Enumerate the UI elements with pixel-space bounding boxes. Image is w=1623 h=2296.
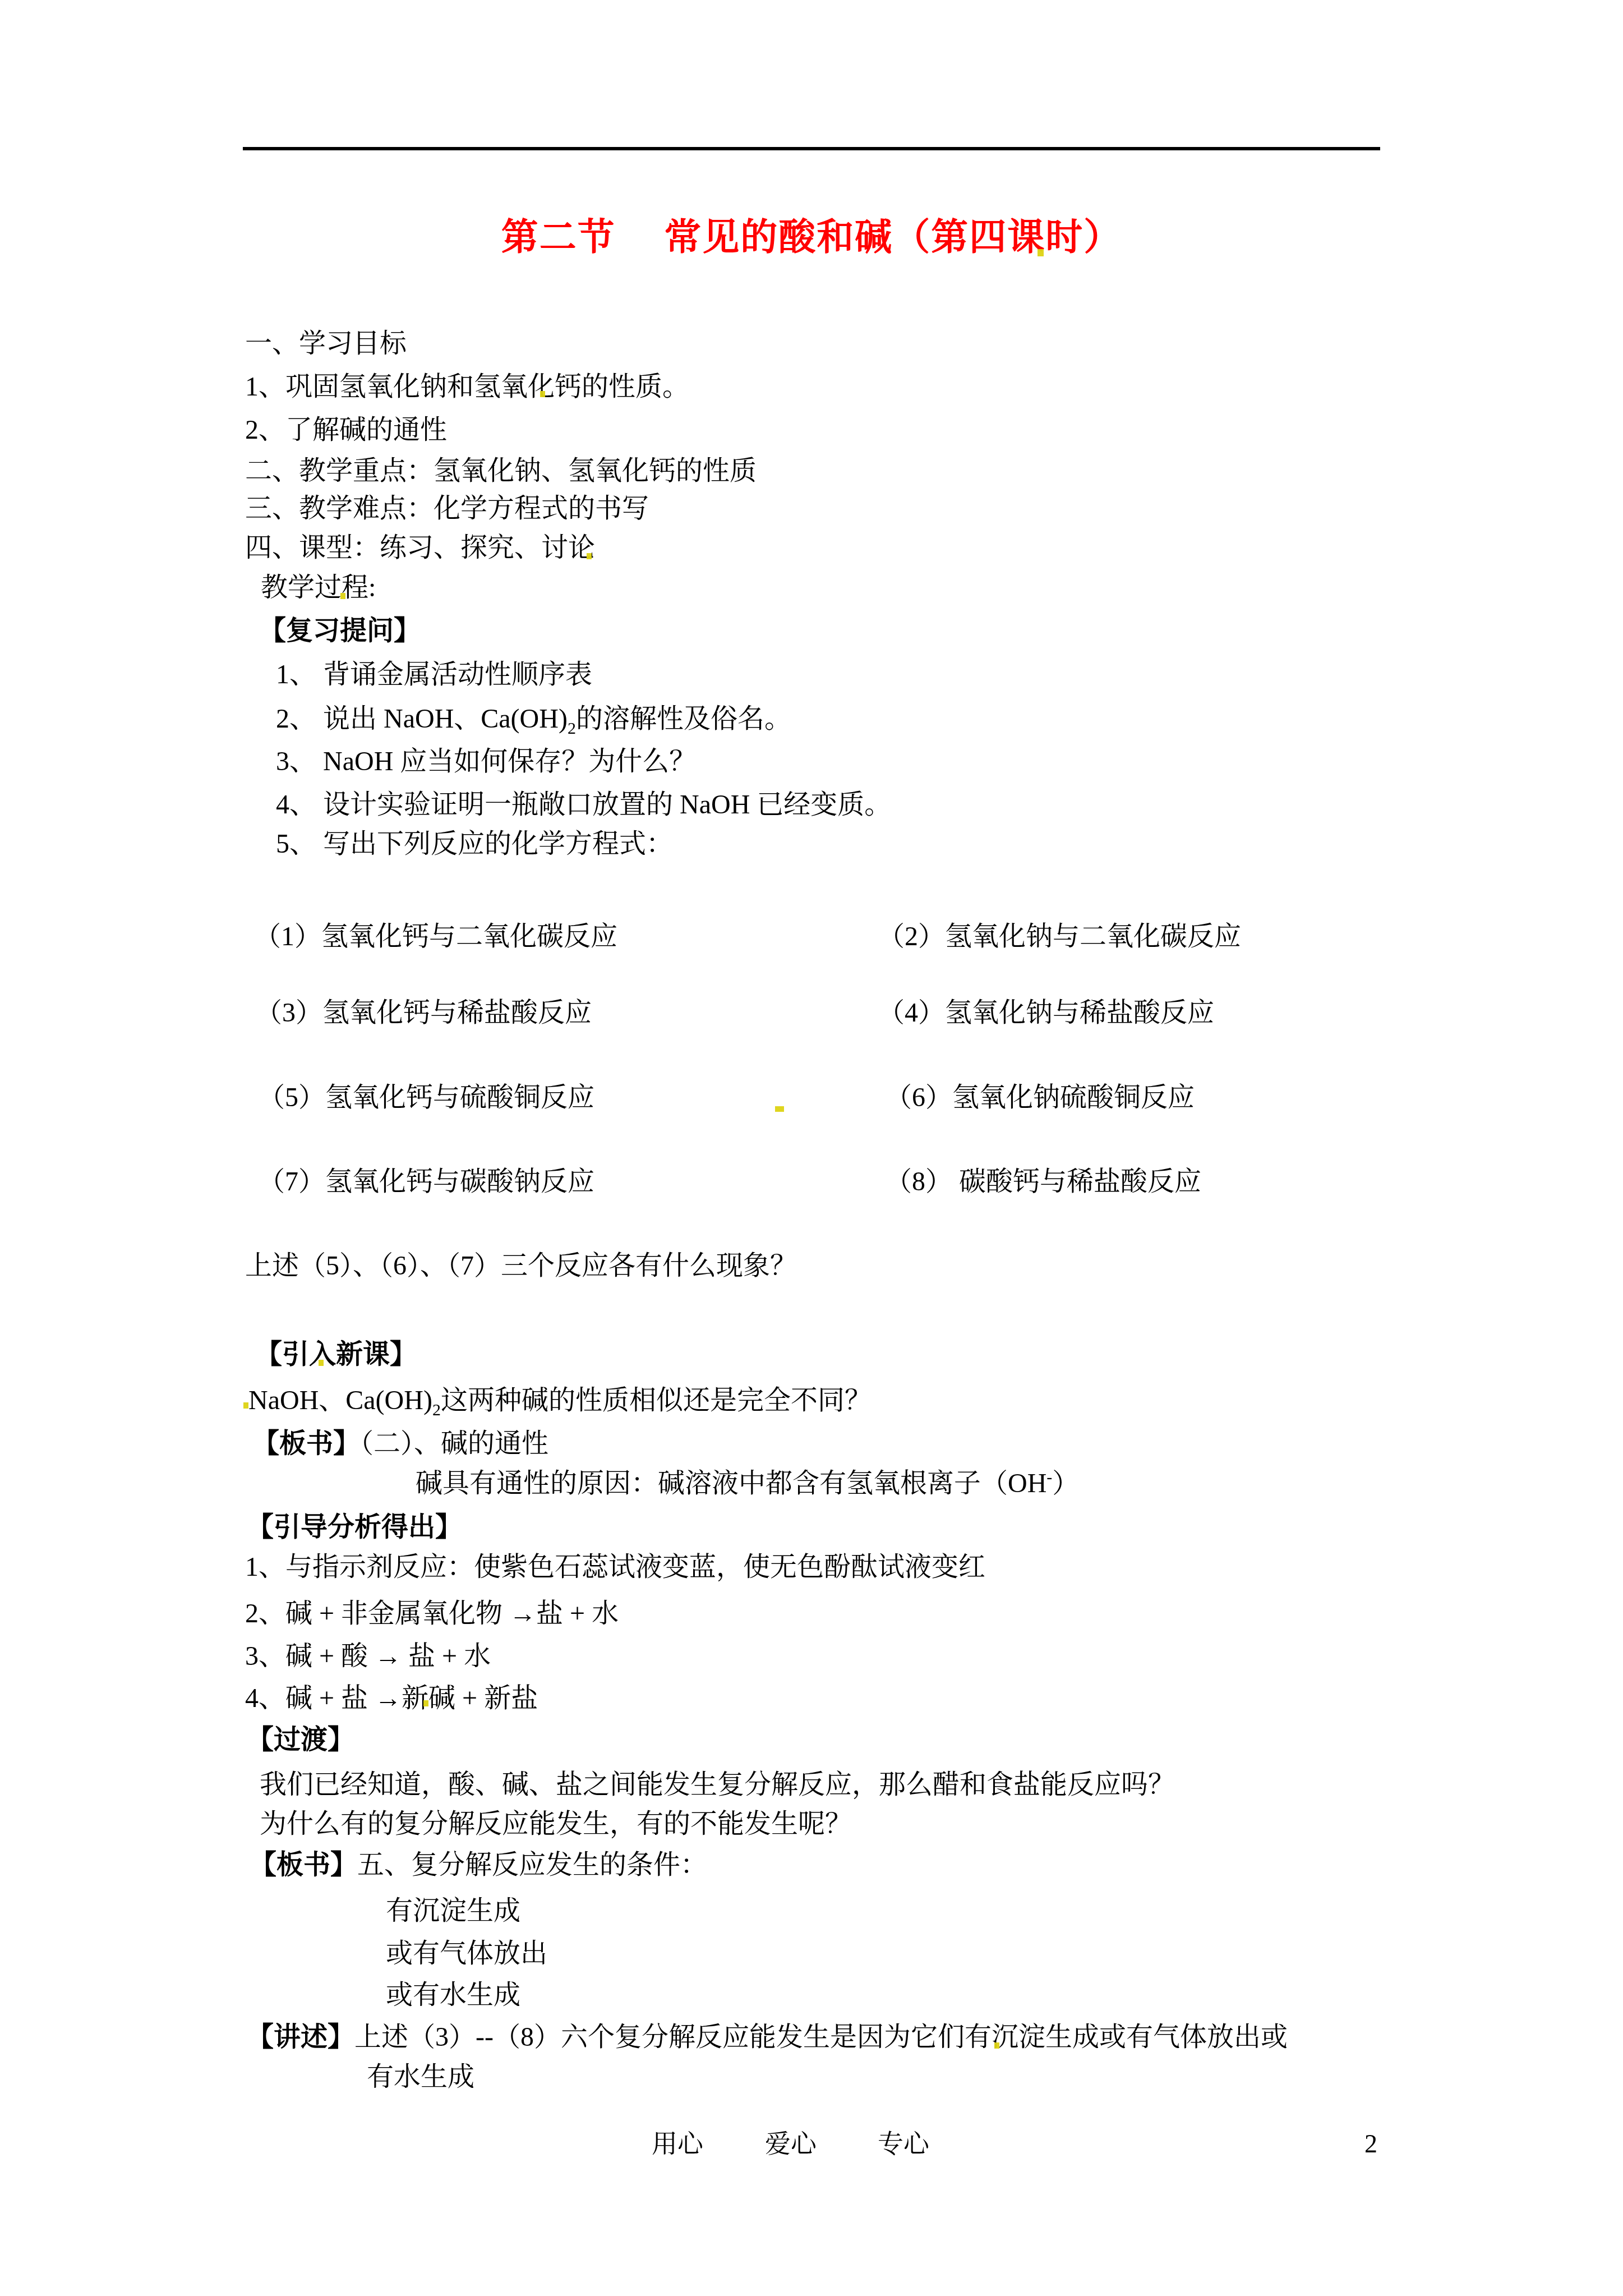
intro-question-post: 这两种碱的性质相似还是完全不同？: [441, 1386, 872, 1415]
footer-motto-3: 专心: [878, 2127, 929, 2161]
teaching-focus: 二、教学重点：氢氧化钠、氢氧化钙的性质: [245, 451, 757, 491]
artifact-dot: [1038, 249, 1044, 256]
analysis-rule-1: 1、与指示剂反应：使紫色石蕊试液变蓝，使无色酚酞试液变红: [245, 1547, 985, 1588]
objective-goal-header: 一、学习目标: [245, 324, 407, 364]
analysis-section-header: 【引导分析得出】: [247, 1507, 462, 1548]
lecture-line-1: 【讲述】上述（3）--（8）六个复分解反应能发生是因为它们有沉淀生成或有气体放出…: [247, 2017, 1288, 2058]
review-question-2: 2、 说出 NaOH、Ca(OH)2的溶解性及俗名。: [276, 699, 791, 739]
reaction-item-4: （4）氢氧化钠与稀盐酸反应: [878, 993, 1214, 1033]
reaction-item-1: （1）氢氧化钙与二氧化碳反应: [254, 917, 617, 957]
artifact-dot: [423, 1700, 428, 1706]
review-question-5: 5、 写出下列反应的化学方程式：: [276, 824, 673, 864]
page-title: 第二节 常见的酸和碱（第四课时）: [0, 214, 1623, 261]
artifact-dot: [994, 2042, 999, 2049]
reason-pre: 碱具有通性的原因：碱溶液中都含有氢氧根离子（OH: [416, 1469, 1046, 1498]
footer-motto-2: 爱心: [765, 2127, 817, 2161]
analysis-rule-3: 3、碱 + 酸 → 盐 + 水: [245, 1636, 491, 1677]
analysis-rule-2: 2、碱 + 非金属氧化物 →盐 + 水: [245, 1594, 619, 1634]
artifact-dot: [540, 391, 545, 397]
footer-motto-1: 用心: [652, 2127, 703, 2161]
intro-question-pre: NaOH、Ca(OH): [248, 1386, 432, 1415]
objective-goal-1: 1、巩固氢氧化钠和氢氧化钙的性质。: [245, 367, 689, 407]
alkali-common-reason: 碱具有通性的原因：碱溶液中都含有氢氧根离子（OH-）: [416, 1464, 1079, 1504]
superscript-minus: -: [1046, 1468, 1052, 1487]
review-question-3: 3、 NaOH 应当如何保存？为什么？: [276, 742, 696, 782]
reaction-item-2: （2）氢氧化钠与二氧化碳反应: [878, 917, 1241, 957]
intro-question: NaOH、Ca(OH)2这两种碱的性质相似还是完全不同？: [248, 1381, 872, 1421]
reaction-item-5: （5）氢氧化钙与硫酸铜反应: [258, 1078, 594, 1118]
conditions-title: 五、复分解反应发生的条件：: [357, 1850, 707, 1880]
transition-line-1: 我们已经知道，酸、碱、盐之间能发生复分解反应，那么醋和食盐能反应吗？: [260, 1765, 1175, 1805]
review-question-1: 1、 背诵金属活动性顺序表: [276, 655, 592, 695]
condition-2: 或有气体放出: [386, 1934, 547, 1974]
lecture-line-2: 有水生成: [367, 2057, 474, 2097]
lecture-label: 【讲述】: [247, 2022, 354, 2052]
transition-section-header: 【过渡】: [247, 1720, 354, 1760]
document-page: { "colors": { "title": "#ff0000", "body"…: [0, 0, 1623, 2296]
artifact-dot: [243, 1402, 248, 1409]
board-label: 【板书】: [252, 1429, 360, 1458]
review-question-4: 4、 设计实验证明一瓶敞口放置的 NaOH 已经变质。: [276, 785, 891, 825]
reaction-item-8: （8） 碳酸钙与稀盐酸反应: [885, 1162, 1201, 1202]
artifact-dot: [319, 1360, 324, 1366]
review-question-2-pre: 2、 说出 NaOH、Ca(OH): [276, 704, 568, 734]
header-rule: [243, 147, 1380, 150]
teaching-difficulty: 三、教学难点：化学方程式的书写: [245, 489, 649, 529]
condition-3: 或有水生成: [386, 1975, 520, 2016]
transition-line-2: 为什么有的复分解反应能发生，有的不能发生呢？: [260, 1804, 852, 1844]
page-number: 2: [1364, 2127, 1377, 2161]
condition-1: 有沉淀生成: [386, 1891, 520, 1931]
subscript-2: 2: [568, 719, 576, 738]
artifact-dot: [340, 593, 345, 599]
subscript-2: 2: [432, 1401, 441, 1419]
analysis-rule-4: 4、碱 + 盐 →新碱 + 新盐: [245, 1678, 538, 1719]
board-text: （二）、碱的通性: [360, 1429, 548, 1458]
board-label: 【板书】: [250, 1850, 357, 1880]
review-section-header: 【复习提问】: [259, 611, 421, 651]
lecture-text: 上述（3）--（8）六个复分解反应能发生是因为它们有沉淀生成或有气体放出或: [354, 2022, 1288, 2052]
reaction-item-7: （7）氢氧化钙与碳酸钠反应: [258, 1162, 594, 1202]
board-writing-2: 【板书】五、复分解反应发生的条件：: [250, 1845, 707, 1885]
artifact-dot: [775, 1106, 784, 1112]
reason-post: ）: [1052, 1469, 1079, 1498]
board-writing-1: 【板书】（二）、碱的通性: [252, 1424, 548, 1464]
review-question-2-post: 的溶解性及俗名。: [576, 704, 791, 734]
objective-goal-2: 2、了解碱的通性: [245, 410, 447, 450]
intro-section-header: 【引入新课】: [255, 1335, 417, 1375]
reaction-item-6: （6）氢氧化钠硫酸铜反应: [885, 1078, 1195, 1118]
reaction-item-3: （3）氢氧化钙与稀盐酸反应: [255, 993, 592, 1033]
lesson-type: 四、课型：练习、探究、讨论: [245, 528, 595, 568]
artifact-dot: [587, 553, 592, 559]
process-label: 教学过程:: [261, 568, 376, 608]
reaction-summary-question: 上述（5）、（6）、（7）三个反应各有什么现象？: [245, 1246, 797, 1286]
